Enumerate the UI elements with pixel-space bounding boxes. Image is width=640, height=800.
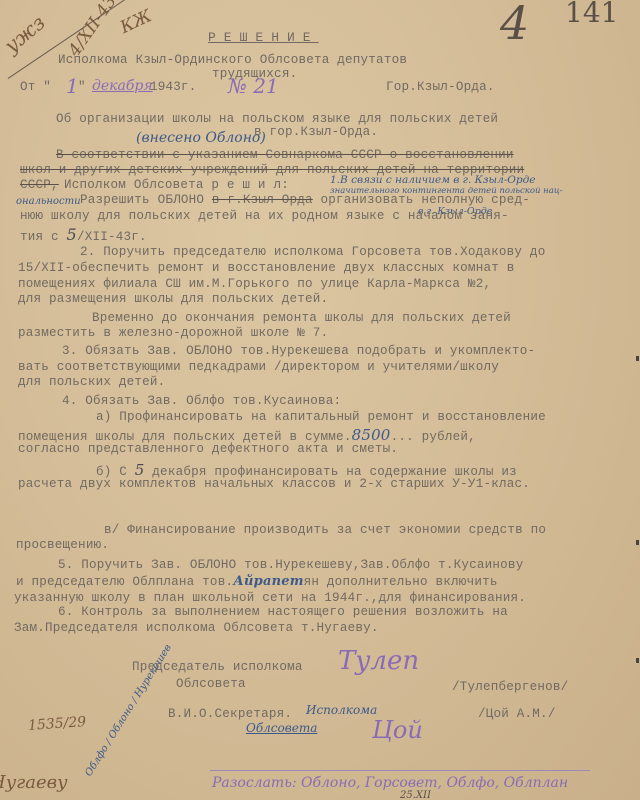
margin-note-bottom-left: Нугаеву: [0, 772, 68, 793]
p2-line-2: 15/XII-обеспечить ремонт и восстановлени…: [18, 261, 514, 275]
p1-text-a: Разрешить ОБЛОНО: [80, 193, 212, 207]
archive-page-number: 141: [565, 0, 618, 29]
corner-mark-2: 4/XII-43: [65, 0, 121, 60]
handnote-reason-1: 1.В связи с наличием в г. Кзыл-Орде: [330, 174, 536, 186]
archival-document: ужз 4/XII-43 КЖ 4 141 РЕШЕНИЕ Исполкома …: [0, 0, 640, 800]
edge-mark: [636, 540, 639, 545]
preamble-line-1: В соответствии с указанием Совнаркома СС…: [56, 148, 514, 162]
edge-mark: [636, 356, 639, 361]
secretary-handnote-1: Исполкома: [306, 703, 377, 717]
corner-mark-3: КЖ: [117, 6, 155, 38]
p1-handwritten-day: 5: [67, 225, 77, 244]
preamble-line-3-struck: СССР,: [20, 178, 59, 192]
secretary-name: /Цой А.М./: [478, 707, 556, 721]
date-month-handwritten: декабря: [92, 78, 153, 94]
p2-line-4: для размещения школы для польских детей.: [18, 292, 328, 306]
p5-handwritten-name: Айрапет: [233, 574, 303, 589]
p4a-line-3: согласно представленного дефектного акта…: [18, 442, 398, 456]
p2-line-5: Временно до окончания ремонта школы для …: [92, 311, 511, 325]
p2-line-3: помещениях филиала СШ им.М.Горького по у…: [18, 277, 491, 291]
secretary-handnote-2: Облсовета: [246, 721, 317, 735]
p4b-line-2: расчета двух комплектов начальных классо…: [18, 477, 530, 491]
edge-mark: [636, 658, 639, 663]
city: Гор.Кзыл-Орда.: [386, 80, 495, 94]
p5-line-1: 5. Поручить Зав. ОБЛОНО тов.Нурекешеву,З…: [58, 558, 523, 572]
date-quote-close: ": [78, 80, 86, 94]
bottom-fragment: 25.XII: [400, 790, 431, 800]
distribution-note: Разослать: Облоно, Горсовет, Облфо, Облп…: [212, 775, 568, 791]
decision-number: № 21: [228, 74, 279, 98]
chair-signature: Тулеп: [338, 646, 419, 676]
secretary-title: В.И.О.Секретаря.: [168, 707, 292, 721]
p5-line-2: и председателю Облплана тов.Айрапетян до…: [16, 574, 498, 589]
margin-note-reference: 1535/29: [28, 714, 87, 734]
chair-name: /Тулепбергенов/: [452, 680, 568, 694]
p3-line-2: вать соответствующими педкадрами /директ…: [18, 360, 499, 374]
preamble-line-3: Исполком Облсовета р е ш и л:: [64, 178, 289, 192]
p1-text-struck: в г.Кзыл-Орда: [212, 193, 313, 207]
p1-line-1: Разрешить ОБЛОНО в г.Кзыл-Орда организов…: [80, 193, 530, 207]
p1-text-b: организовать неполную сред-: [313, 193, 530, 207]
subject-line-1: Об организации школы на польском языке д…: [56, 112, 498, 126]
margin-note-blue: Облфо / Облоно / Нурекешев: [83, 643, 174, 779]
p1-line-2: нюю школу для польских детей на их родно…: [20, 209, 509, 223]
handnote-reason-3: ональности: [16, 196, 81, 207]
issuer-line-1: Исполкома Кзыл-Ординского Облсовета депу…: [58, 53, 407, 67]
corner-mark-1: ужз: [0, 10, 50, 57]
p4v-line-1: в/ Финансирование производить за счет эк…: [104, 523, 546, 537]
subject-line-2: в гор.Кзыл-Орда.: [254, 125, 378, 139]
document-title: РЕШЕНИЕ: [208, 30, 319, 45]
p1-line-3: тия с 5/XII-43г.: [20, 225, 147, 244]
p4a-line-1: а) Профинансировать на капитальный ремон…: [96, 410, 546, 424]
handnote-submitted-by: (внесено Облоно): [136, 130, 266, 146]
p2-line-6: разместить в железно-дорожной школе № 7.: [18, 326, 328, 340]
p3-line-1: 3. Обязать Зав. ОБЛОНО тов.Нурекешева по…: [62, 344, 535, 358]
date-prefix: От ": [20, 80, 51, 94]
p6-line-2: Зам.Председателя исполкома Облсовета т.Н…: [14, 621, 379, 635]
date-day-handwritten: 1: [66, 74, 79, 98]
p5-line-3: указанную школу в план школьной сети на …: [14, 591, 526, 605]
date-year: 1943г.: [150, 80, 197, 94]
secretary-signature: Цой: [372, 716, 423, 744]
archive-number-mark: 4: [500, 0, 529, 50]
p3-line-3: для польских детей.: [18, 375, 165, 389]
distribution-rule: [210, 770, 590, 771]
p4-line-1: 4. Обязать Зав. Облфо тов.Кусаинова:: [62, 394, 341, 408]
chair-title-2: Облсовета: [176, 677, 246, 691]
p6-line-1: 6. Контроль за выполнением настоящего ре…: [58, 605, 508, 619]
p2-line-1: 2. Поручить председателю исполкома Горсо…: [80, 245, 545, 259]
p4v-line-2: просвещению.: [16, 538, 109, 552]
